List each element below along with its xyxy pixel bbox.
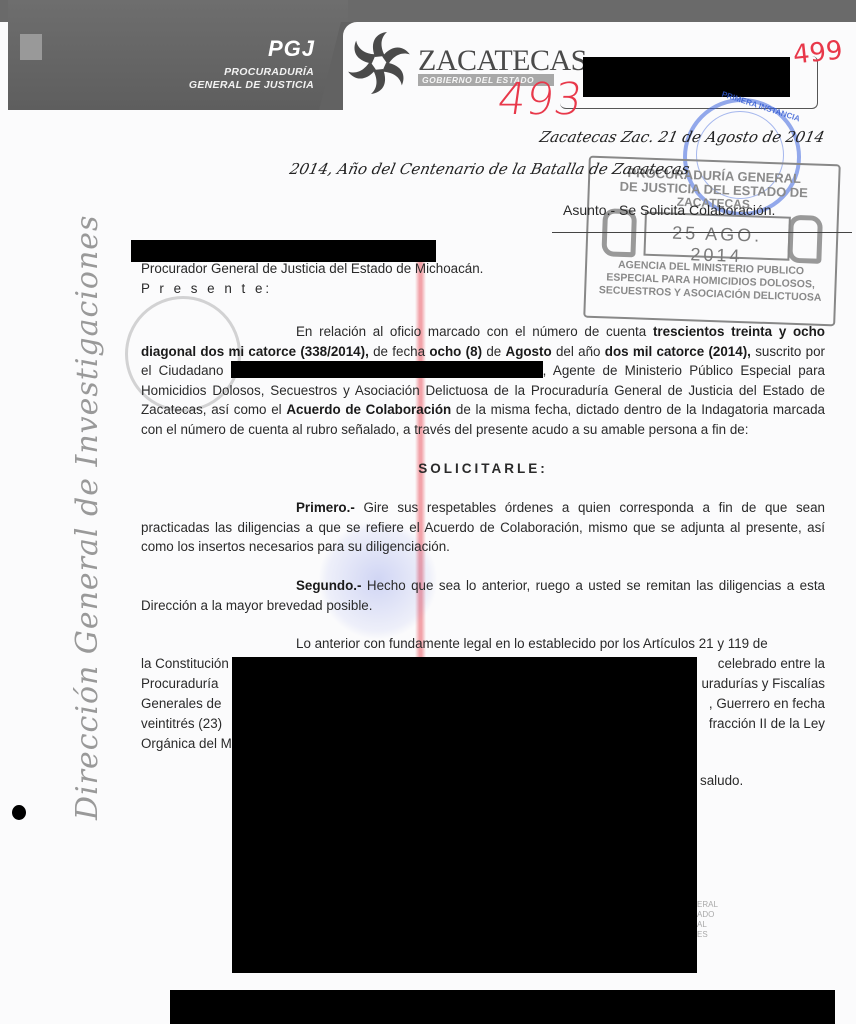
subject-line: Asunto.- Se Solicita Colaboración. xyxy=(563,202,775,218)
paragraph-4-fragment: Generales de xyxy=(141,694,221,714)
stamp-date-box: 25 AGO. 2014 xyxy=(643,212,790,261)
pgj-name-line2: GENERAL DE JUSTICIA xyxy=(189,79,314,91)
text: de fecha xyxy=(369,344,430,359)
paragraph-4-fragment: celebrado entre la xyxy=(718,654,825,674)
handwritten-number: 499 xyxy=(792,35,845,70)
redaction-block xyxy=(231,361,543,378)
text-bold: dos mil catorce (2014), xyxy=(605,344,751,359)
text: Gire sus respetables órdenes a quien cor… xyxy=(141,500,825,554)
redaction-block xyxy=(583,57,790,97)
paragraph-4-fragment: Orgánica del M xyxy=(141,734,232,754)
pgj-logo: PGJ xyxy=(268,36,315,62)
paragraph-primero: Primero.- Gire sus respetables órdenes a… xyxy=(141,498,825,557)
pgj-stamp-logo-icon xyxy=(787,215,823,264)
text-bold: ocho (8) xyxy=(429,344,482,359)
subject-underline xyxy=(552,232,852,233)
closing-text: saludo. xyxy=(700,771,743,791)
reception-stamp: PROCURADURÍA GENERAL DE JUSTICIA DEL EST… xyxy=(583,156,841,327)
stamp-line: ES xyxy=(697,930,718,940)
text: del año xyxy=(552,344,605,359)
stamp-line: ADO xyxy=(697,910,718,920)
section-heading: SOLICITARLE: xyxy=(141,459,825,479)
paragraph-4-fragment: uradurías y Fiscalías xyxy=(701,674,825,694)
handwritten-number: 493 xyxy=(494,74,585,125)
stamp-line: AL xyxy=(697,920,718,930)
item-label: Primero.- xyxy=(296,500,355,515)
paragraph-4-fragment: Procuraduría xyxy=(141,674,218,694)
sidebar-vertical-text: Dirección General de Investigaciones xyxy=(70,215,105,820)
motto: 2014, Año del Centenario de la Batalla d… xyxy=(288,160,691,178)
text: En relación al oficio marcado con el núm… xyxy=(296,324,653,339)
paragraph-4-fragment: , Guerrero en fecha xyxy=(709,694,825,714)
text: de xyxy=(482,344,506,359)
scan-artifact xyxy=(20,34,42,60)
ink-blot xyxy=(12,805,26,820)
text-bold: Acuerdo de Colaboración xyxy=(286,402,451,417)
paragraph-4-fragment: fracción II de la Ley xyxy=(709,714,825,734)
paragraph-1: En relación al oficio marcado con el núm… xyxy=(141,322,825,440)
redaction-block xyxy=(170,990,835,1024)
paragraph-segundo: Segundo.- Hecho que sea lo anterior, rue… xyxy=(141,576,825,615)
recipient-title: Procurador General de Justicia del Estad… xyxy=(141,259,483,279)
zacatecas-emblem-icon xyxy=(344,30,414,96)
stamp-line: ERAL xyxy=(697,900,718,910)
pgj-name-line1: PROCURADURÍA xyxy=(224,66,314,78)
paragraph-4-fragment: veintitrés (23) xyxy=(141,714,222,734)
text: Hecho que sea lo anterior, ruego a usted… xyxy=(141,578,825,613)
item-label: Segundo.- xyxy=(296,578,361,593)
redaction-block xyxy=(232,657,697,973)
text-bold: Agosto xyxy=(506,344,552,359)
faded-stamp-text: ERAL ADO AL ES xyxy=(697,900,718,940)
paragraph-4-fragment: la Constitución xyxy=(141,654,229,674)
salutation: P r e s e n t e: xyxy=(141,279,272,299)
dateline: Zacatecas Zac. 21 de Agosto de 2014 xyxy=(538,128,826,146)
paragraph-4-line1: Lo anterior con fundamente legal en lo e… xyxy=(296,634,768,654)
